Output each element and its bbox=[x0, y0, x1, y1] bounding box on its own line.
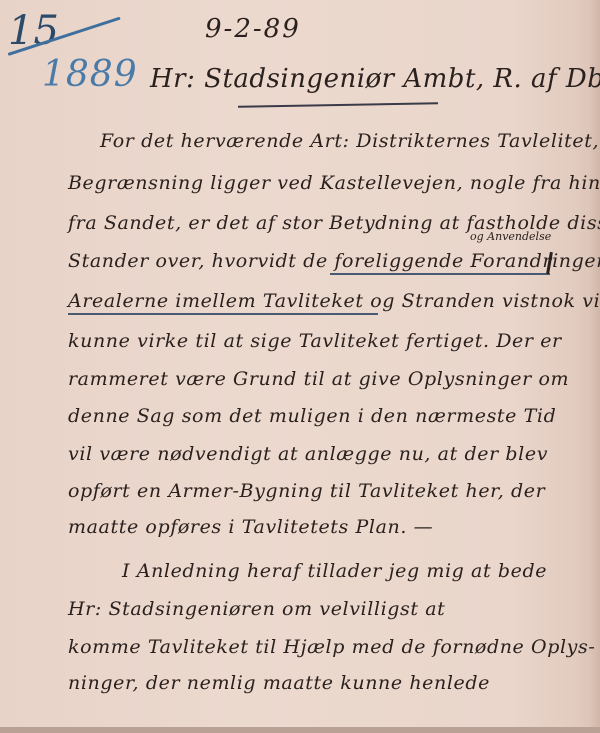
insertion-above-line: og Anvendelse bbox=[470, 230, 551, 243]
body-line-6: kunne virke til at sige Tavliteket ferti… bbox=[68, 330, 562, 352]
body-line-4: Stander over, hvorvidt de foreliggende F… bbox=[68, 250, 600, 272]
body-line-4-underline bbox=[330, 273, 550, 275]
body-line-5-underline bbox=[68, 313, 378, 315]
body-line-7: rammeret være Grund til at give Oplysnin… bbox=[68, 368, 569, 390]
body-line-10: opført en Armer-Bygning til Tavliteket h… bbox=[68, 480, 545, 502]
letter-body: For det herværende Art: Distrikternes Ta… bbox=[0, 0, 600, 733]
body-line-14: komme Tavliteket til Hjælp med de fornød… bbox=[68, 636, 595, 658]
body-line-13: Hr: Stadsingeniøren om velvilligst at bbox=[68, 598, 445, 620]
body-line-8: denne Sag som det muligen i den nærmeste… bbox=[68, 405, 556, 427]
body-line-9: vil være nødvendigt at anlægge nu, at de… bbox=[68, 443, 548, 465]
body-line-2: Begrænsning ligger ved Kastellevejen, no… bbox=[68, 172, 600, 194]
body-line-1: For det herværende Art: Distrikternes Ta… bbox=[100, 130, 600, 152]
body-line-11: maatte opføres i Tavlitetets Plan. — bbox=[68, 516, 433, 538]
handwritten-letter-page: 15 1889 9-2-89 Hr: Stadsingeniør Ambt, R… bbox=[0, 0, 600, 733]
body-line-12: I Anledning heraf tillader jeg mig at be… bbox=[122, 560, 547, 582]
body-line-15: ninger, der nemlig maatte kunne henlede bbox=[68, 672, 490, 694]
body-line-5: Arealerne imellem Tavliteket og Stranden… bbox=[68, 290, 600, 312]
